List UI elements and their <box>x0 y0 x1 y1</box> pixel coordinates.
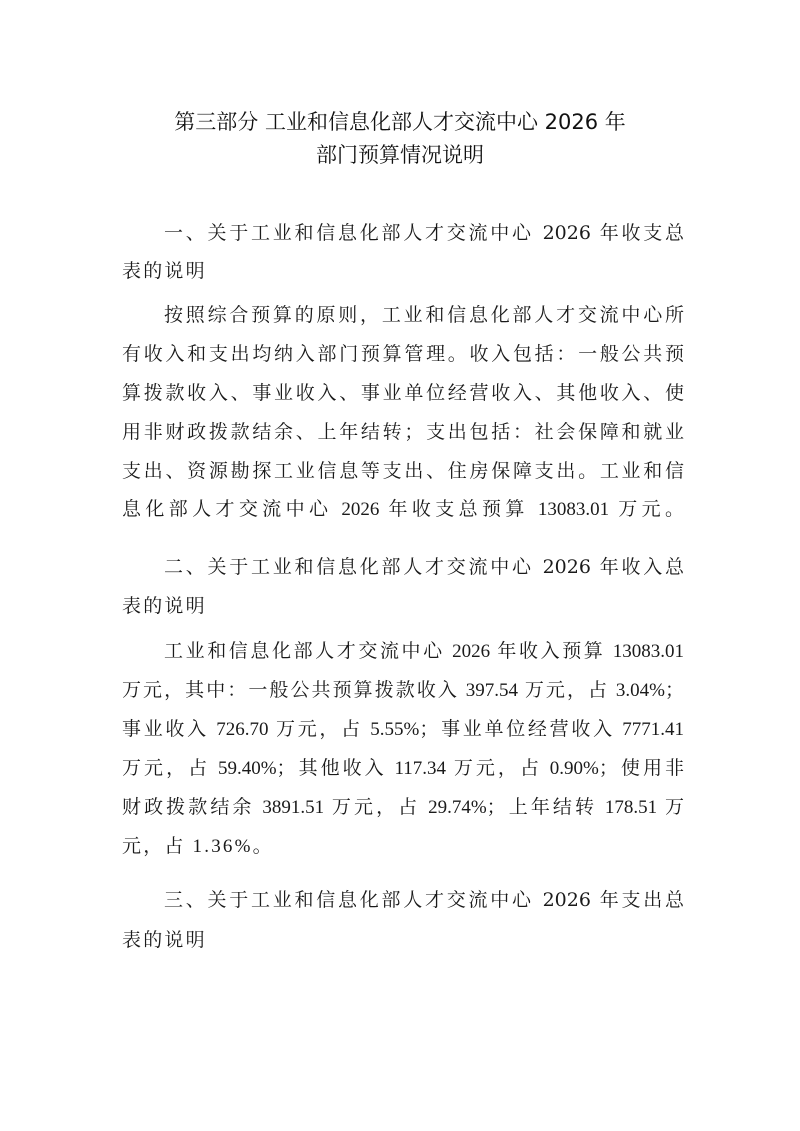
section-1-body-line-1: 按照综合预算的原则，工业和信息化部人才交流中心所 <box>164 300 684 330</box>
document-page: 第三部分 工业和信息化部人才交流中心 2026 年 部门预算情况说明 一、关于工… <box>0 0 800 1131</box>
section-2-body-line-2: 万元，其中：一般公共预算拨款收入 397.54 万元，占 3.04%； <box>122 676 684 706</box>
section-1-body-line-2: 有收入和支出均纳入部门预算管理。收入包括：一般公共预 <box>122 339 684 369</box>
section-2-heading-line-1: 二、关于工业和信息化部人才交流中心 2026 年收入总 <box>164 552 684 582</box>
section-3-heading-line-1: 三、关于工业和信息化部人才交流中心 2026 年支出总 <box>164 885 684 915</box>
section-3-heading-line-2: 表的说明 <box>122 925 684 955</box>
section-1-body-line-3: 算拨款收入、事业收入、事业单位经营收入、其他收入、使 <box>122 378 684 408</box>
section-2-body-line-4: 万元，占 59.40%；其他收入 117.34 万元，占 0.90%；使用非 <box>122 754 684 784</box>
section-2-body-line-6: 元，占 1.36%。 <box>122 832 684 862</box>
section-2-body-line-1: 工业和信息化部人才交流中心 2026 年收入预算 13083.01 <box>164 637 684 667</box>
document-title-line-2: 部门预算情况说明 <box>0 139 800 171</box>
section-2-body-line-5: 财政拨款结余 3891.51 万元，占 29.74%；上年结转 178.51 万 <box>122 793 684 823</box>
section-1-body-line-4: 用非财政拨款结余、上年结转；支出包括：社会保障和就业 <box>122 417 684 447</box>
section-2-body-line-3: 事业收入 726.70 万元，占 5.55%；事业单位经营收入 7771.41 <box>122 715 684 745</box>
section-1-body-line-6: 息化部人才交流中心 2026 年收支总预算 13083.01 万元。 <box>122 495 684 525</box>
section-1-heading-line-1: 一、关于工业和信息化部人才交流中心 2026 年收支总 <box>164 218 684 248</box>
section-2-heading-line-2: 表的说明 <box>122 591 684 621</box>
section-1-body-line-5: 支出、资源勘探工业信息等支出、住房保障支出。工业和信 <box>122 456 684 486</box>
section-1-heading-line-2: 表的说明 <box>122 256 684 286</box>
document-title-line-1: 第三部分 工业和信息化部人才交流中心 2026 年 <box>0 106 800 138</box>
